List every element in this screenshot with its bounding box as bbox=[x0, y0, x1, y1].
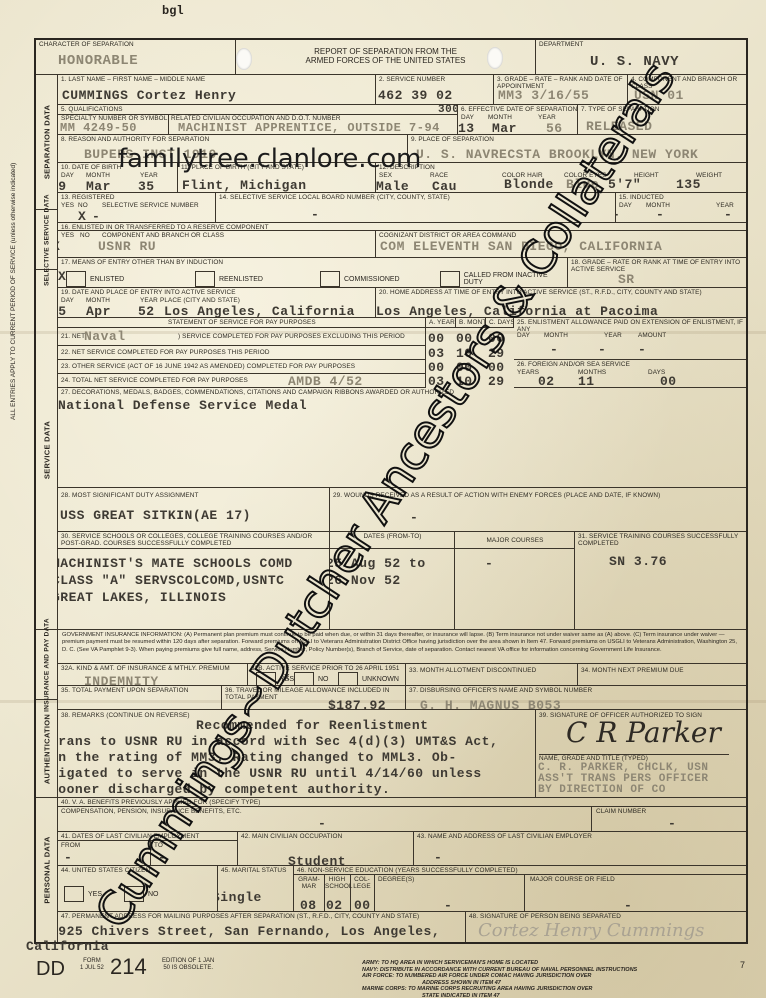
address-line: California bbox=[26, 939, 109, 954]
field-20-home-address: 20. HOME ADDRESS AT TIME OF ENTRY INTO A… bbox=[376, 288, 746, 318]
field-label: 16. ENLISTED IN OR TRANSFERRED TO A RESE… bbox=[61, 224, 269, 231]
field-25-enlistment-allowance: 25. ENLISTMENT ALLOWANCE PAID ON EXTENSI… bbox=[514, 318, 746, 360]
field-label: 33. MONTH ALLOTMENT DISCONTINUED bbox=[409, 667, 536, 674]
edition-line: 50 IS OBSOLETE. bbox=[162, 965, 214, 972]
sex-value: Male bbox=[376, 179, 409, 193]
marital-value: Single bbox=[218, 890, 262, 905]
grade-value: MM3 3/16/55 bbox=[498, 88, 589, 103]
field-label: 43. NAME AND ADDRESS OF LAST CIVILIAN EM… bbox=[417, 833, 592, 840]
wounds-value: - bbox=[410, 510, 418, 525]
form-label: FORM bbox=[80, 958, 104, 965]
field-label: DEGREE(S) bbox=[378, 876, 414, 883]
sea-years: 02 bbox=[538, 374, 555, 388]
field-23: 23. OTHER SERVICE (Act of 16 June 1942 a… bbox=[58, 360, 426, 374]
form-prefix: DD bbox=[36, 958, 65, 981]
field-5-qualifications: 5. QUALIFICATIONS 300 SPECIALTY NUMBER O… bbox=[58, 105, 458, 135]
field-label: 17. MEANS OF ENTRY OTHER THAN BY INDUCTI… bbox=[61, 259, 223, 266]
field-22: 22. NET SERVICE COMPLETED FOR PAY PURPOS… bbox=[58, 346, 426, 360]
field-label: YEAR bbox=[538, 114, 556, 121]
remarks-line: in the rating of MM3. Rating changed to … bbox=[58, 750, 457, 765]
field-label: CLAIM NUMBER bbox=[596, 808, 646, 815]
field-label: 25. ENLISTMENT ALLOWANCE PAID ON EXTENSI… bbox=[517, 319, 745, 333]
character-of-separation: CHARACTER OF SEPARATION HONORABLE bbox=[36, 40, 236, 75]
section-authentication: AUTHENTICATION bbox=[36, 700, 58, 798]
grade-entry-value: SR bbox=[618, 272, 635, 287]
field-label: 18. GRADE – RATE OR RANK AT TIME OF ENTR… bbox=[571, 259, 743, 273]
field-38-remarks: 38. REMARKS (Continue on reverse) Recomm… bbox=[58, 710, 536, 798]
field-label: 14. SELECTIVE SERVICE LOCAL BOARD NUMBER… bbox=[219, 194, 450, 201]
field-6-effective-date: 6. EFFECTIVE DATE OF SEPARATION DAY MONT… bbox=[458, 105, 578, 135]
dob-year: 35 bbox=[138, 179, 155, 193]
occupation-value: Student bbox=[288, 854, 346, 866]
character-value: HONORABLE bbox=[58, 53, 138, 69]
page-number: 7 bbox=[740, 960, 745, 970]
section-separation-data: SEPARATION DATA bbox=[36, 75, 58, 210]
field-label: 15. INDUCTED bbox=[619, 194, 664, 201]
separatee-signature: Cortez Henry Cummings bbox=[478, 920, 704, 941]
branch-value: Naval bbox=[84, 329, 126, 344]
field-label: DAY bbox=[619, 202, 632, 209]
statement-header: STATEMENT OF SERVICE FOR PAY PURPOSES bbox=[58, 318, 426, 328]
field-label: COMPONENT AND BRANCH OR CLASS bbox=[102, 232, 224, 239]
field-label: YEARS bbox=[517, 369, 539, 376]
field-label: HIGH SCHOOL bbox=[325, 876, 349, 890]
sea-days: 00 bbox=[660, 374, 677, 388]
field-33: 33. MONTH ALLOTMENT DISCONTINUED bbox=[406, 664, 578, 686]
form-date-value: 1 JUL 52 bbox=[80, 965, 104, 972]
field-label: 6. EFFECTIVE DATE OF SEPARATION bbox=[461, 106, 577, 113]
field-label: 26. FOREIGN AND/OR SEA SERVICE bbox=[517, 361, 630, 368]
form-date: FORM 1 JUL 52 bbox=[80, 958, 104, 972]
place-of-separation-value: U. S. NAVRECSTA BROOKLYN, NEW YORK bbox=[416, 147, 698, 162]
field-31-training: 31. SERVICE TRAINING COURSES SUCCESSFULL… bbox=[575, 532, 746, 630]
field-label: 31. SERVICE TRAINING COURSES SUCCESSFULL… bbox=[578, 533, 744, 547]
field-label: AMOUNT bbox=[638, 332, 666, 339]
field-label: 13. REGISTERED bbox=[61, 194, 115, 201]
side-note: ALL ENTRIES APPLY TO CURRENT PERIOD OF S… bbox=[10, 20, 17, 420]
allowance-year: - bbox=[598, 342, 606, 357]
registered-mark: X bbox=[78, 209, 86, 223]
section-service-data: SERVICE DATA bbox=[36, 270, 58, 630]
field-label: STATEMENT OF SERVICE FOR PAY PURPOSES bbox=[168, 319, 316, 326]
section-personal-data: PERSONAL DATA bbox=[36, 798, 58, 942]
field-21: 21. NET Naval ) SERVICE COMPLETED FOR PA… bbox=[58, 328, 426, 346]
section-label: PERSONAL DATA bbox=[42, 836, 51, 903]
field-label: 2. SERVICE NUMBER bbox=[379, 76, 445, 83]
field-label: 24. TOTAL NET SERVICE COMPLETED FOR PAY … bbox=[61, 377, 248, 384]
field-45-marital: 45. MARITAL STATUS Single bbox=[218, 866, 294, 912]
field-label: 37. DISBURSING OFFICER'S NAME AND SYMBOL… bbox=[409, 687, 592, 694]
sea-months: 11 bbox=[578, 374, 595, 388]
field-label: 38. REMARKS (Continue on reverse) bbox=[61, 712, 190, 719]
inducted-month: - bbox=[656, 207, 664, 222]
field-label: 48. SIGNATURE OF PERSON BEING SEPARATED bbox=[469, 913, 621, 920]
field-label: 22. NET SERVICE COMPLETED FOR PAY PURPOS… bbox=[61, 349, 270, 356]
option-label: ENLISTED bbox=[90, 276, 124, 283]
field-label: 23. OTHER SERVICE (Act of 16 June 1942 a… bbox=[61, 363, 355, 370]
field-label: 19. DATE AND PLACE OF ENTRY INTO ACTIVE … bbox=[61, 289, 236, 296]
option-label: UNKNOWN bbox=[362, 676, 399, 683]
edition-line: EDITION OF 1 JAN bbox=[162, 958, 214, 965]
field-15-inducted: 15. INDUCTED DAY MONTH YEAR - - - bbox=[616, 193, 746, 223]
field-48-signature: 48. SIGNATURE OF PERSON BEING SEPARATED … bbox=[466, 912, 746, 942]
entry-month: Apr bbox=[86, 304, 111, 318]
field-label: FROM bbox=[61, 842, 80, 849]
field-label: 1. LAST NAME – FIRST NAME – MIDDLE NAME bbox=[61, 76, 205, 83]
field-label: 21. NET bbox=[61, 333, 85, 340]
form-number: 214 bbox=[110, 954, 147, 980]
college-years: 00 bbox=[354, 898, 371, 912]
reserve-mark: X bbox=[58, 239, 60, 254]
field-label: 27. DECORATIONS, MEDALS, BADGES, COMMEND… bbox=[61, 389, 454, 396]
field-label: YES bbox=[61, 232, 74, 239]
section-label: SERVICE DATA bbox=[42, 420, 51, 478]
section-label: AUTHENTICATION bbox=[42, 713, 51, 783]
field-19-entry: 19. DATE AND PLACE OF ENTRY INTO ACTIVE … bbox=[58, 288, 376, 318]
inducted-day: - bbox=[616, 207, 620, 222]
employer-value: - bbox=[434, 850, 442, 865]
field-label: MONTH bbox=[86, 297, 110, 304]
service-number-value: 462 39 02 bbox=[378, 88, 453, 103]
field-label: YES bbox=[61, 202, 74, 209]
va-benefits-value: - bbox=[318, 816, 326, 831]
field-label: DEPARTMENT bbox=[539, 41, 583, 48]
employment-from: - bbox=[64, 850, 72, 865]
field-34: 34. MONTH NEXT PREMIUM DUE bbox=[578, 664, 746, 686]
form-title: REPORT OF SEPARATION FROM THE ARMED FORC… bbox=[236, 40, 536, 75]
grammar-years: 08 bbox=[300, 898, 317, 912]
field-label: 10. DATE OF BIRTH bbox=[61, 164, 121, 171]
duty-assignment-value: USS GREAT SITKIN(AE 17) bbox=[60, 508, 251, 523]
related-occupation-value: MACHINIST APPRENTICE, OUTSIDE 7-94 bbox=[178, 121, 440, 135]
travel-allowance-value: $187.92 bbox=[328, 698, 386, 710]
separation-day: 13 bbox=[458, 121, 475, 135]
field-1-name: 1. LAST NAME – FIRST NAME – MIDDLE NAME … bbox=[58, 75, 376, 105]
field-label: 28. MOST SIGNIFICANT DUTY ASSIGNMENT bbox=[61, 492, 198, 499]
checkbox-unknown[interactable]: UNKNOWN bbox=[338, 672, 399, 686]
field-label: 30. SERVICE SCHOOLS OR COLLEGES, COLLEGE… bbox=[61, 533, 329, 547]
officer-name-line: BY DIRECTION OF CO bbox=[538, 784, 666, 796]
training-value: SN 3.76 bbox=[609, 554, 667, 569]
entry-place: Los Angeles, California bbox=[164, 304, 355, 318]
field-24: 24. TOTAL NET SERVICE COMPLETED FOR PAY … bbox=[58, 374, 426, 388]
field-label: NO bbox=[78, 202, 88, 209]
field-35: 35. TOTAL PAYMENT UPON SEPARATION bbox=[58, 686, 222, 710]
field-label: SELECTIVE SERVICE NUMBER bbox=[102, 202, 199, 209]
checkbox-enlisted[interactable]: ENLISTED bbox=[66, 271, 124, 287]
field-13-registered: 13. REGISTERED YES NO SELECTIVE SERVICE … bbox=[58, 193, 216, 223]
title-line: ARMED FORCES OF THE UNITED STATES bbox=[236, 56, 535, 65]
decorations-value: National Defense Service Medal bbox=[58, 398, 307, 413]
col-years: A. YEARS bbox=[426, 318, 456, 328]
ssn-value: - bbox=[92, 209, 100, 223]
insurance-information: GOVERNMENT INSURANCE INFORMATION: (A) Pe… bbox=[58, 630, 746, 664]
field-32a: 32A. KIND & AMT. OF INSURANCE & MTHLY. P… bbox=[58, 664, 248, 686]
field-label: COL-LEGE bbox=[351, 876, 373, 890]
section-label: SEPARATION DATA bbox=[42, 105, 51, 179]
field-label: YEAR bbox=[140, 297, 158, 304]
field-16-component: YES NO COMPONENT AND BRANCH OR CLASS X U… bbox=[58, 231, 376, 258]
field-label: 32A. KIND & AMT. OF INSURANCE & MTHLY. P… bbox=[61, 665, 230, 672]
field-18-grade-at-entry: 18. GRADE – RATE OR RANK AT TIME OF ENTR… bbox=[568, 258, 746, 288]
field-42-occupation: 42. MAIN CIVILIAN OCCUPATION Student bbox=[238, 832, 414, 866]
inducted-year: - bbox=[724, 207, 732, 222]
checkbox-commissioned[interactable]: COMMISSIONED bbox=[320, 271, 400, 287]
section-label: INSURANCE AND PAY DATA bbox=[43, 618, 50, 712]
officer-signature: C R Parker bbox=[566, 716, 721, 749]
remarks-line: ligated to serve in the USNR RU until 4/… bbox=[58, 766, 482, 781]
entry-day: 15 bbox=[58, 304, 67, 318]
field-label: MONTH bbox=[544, 332, 568, 339]
allowance-month: - bbox=[550, 342, 558, 357]
field-label: CHARACTER OF SEPARATION bbox=[39, 41, 134, 48]
insurance-kind-value: INDEMNITY bbox=[84, 674, 159, 686]
field-label: 34. MONTH NEXT PREMIUM DUE bbox=[581, 667, 684, 674]
section-insurance: INSURANCE AND PAY DATA bbox=[36, 630, 58, 700]
option-label: REENLISTED bbox=[219, 276, 263, 283]
school-line: MACHINIST'S MATE SCHOOLS COMD bbox=[58, 556, 293, 571]
field-label: RACE bbox=[430, 172, 448, 179]
distribution-instructions: ARMY: TO HQ AREA IN WHICH SERVICEMAN'S H… bbox=[362, 960, 637, 998]
dob-month: Mar bbox=[86, 179, 111, 193]
field-label: 35. TOTAL PAYMENT UPON SEPARATION bbox=[61, 687, 188, 694]
degree-value: - bbox=[444, 898, 452, 912]
checkbox-reenlisted[interactable]: REENLISTED bbox=[195, 271, 263, 287]
field-16-reserve: 16. ENLISTED IN OR TRANSFERRED TO A RESE… bbox=[58, 223, 746, 231]
watermark-site: familytree.clanlore.com bbox=[118, 144, 421, 174]
weight-value: 135 bbox=[676, 177, 701, 192]
claim-number-value: - bbox=[668, 816, 676, 831]
field-label: 46. NON-SERVICE EDUCATION (Years success… bbox=[297, 867, 518, 874]
option-label: COMMISSIONED bbox=[344, 276, 400, 283]
field-label: DAY bbox=[61, 172, 74, 179]
hair-value: Blonde bbox=[504, 177, 554, 192]
f21-years: 00 bbox=[428, 331, 445, 346]
field-2-service-number: 2. SERVICE NUMBER 462 39 02 bbox=[376, 75, 494, 105]
field-label: YEAR bbox=[604, 332, 622, 339]
field-37: 37. DISBURSING OFFICER'S NAME AND SYMBOL… bbox=[406, 686, 746, 710]
field-label: ) SERVICE COMPLETED FOR PAY PURPOSES EXC… bbox=[178, 333, 405, 340]
field-label: DAY bbox=[61, 297, 74, 304]
field-label: 5. QUALIFICATIONS bbox=[61, 106, 123, 113]
edition-note: EDITION OF 1 JAN 50 IS OBSOLETE. bbox=[162, 958, 214, 972]
specialty-value: MM 4249-50 bbox=[60, 121, 137, 135]
insurance-info-text: GOVERNMENT INSURANCE INFORMATION: (A) Pe… bbox=[62, 632, 742, 654]
allowance-amount: - bbox=[638, 342, 646, 357]
component-value: USNR RU bbox=[98, 239, 156, 254]
amended-note: AMDB 4/52 bbox=[288, 374, 363, 388]
dist-line: STATE INDICATED IN ITEM 47 bbox=[362, 993, 637, 998]
high-school-years: 02 bbox=[326, 898, 343, 912]
race-value: Cau bbox=[432, 179, 457, 193]
field-label: NAME, GRADE AND TITLE (Typed) bbox=[539, 754, 729, 762]
name-value: CUMMINGS Cortez Henry bbox=[62, 88, 236, 103]
major-courses-value: - bbox=[485, 556, 493, 571]
field-label: 42. MAIN CIVILIAN OCCUPATION bbox=[241, 833, 342, 840]
field-label: PLACE (City and State) bbox=[160, 297, 240, 304]
section-selective-service: SELECTIVE SERVICE DATA bbox=[36, 210, 58, 270]
dob-day: 19 bbox=[58, 179, 67, 193]
field-39-officer: 39. SIGNATURE OF OFFICER AUTHORIZED TO S… bbox=[536, 710, 746, 798]
field-28-duty-assignment: 28. MOST SIGNIFICANT DUTY ASSIGNMENT USS… bbox=[58, 488, 330, 532]
remarks-line: Trans to USNR RU in accord with Sec 4(d)… bbox=[58, 734, 498, 749]
field-26-sea-service: 26. FOREIGN AND/OR SEA SERVICE YEARS MON… bbox=[514, 360, 746, 388]
separation-month: Mar bbox=[492, 121, 517, 135]
field-label: MAJOR COURSES bbox=[455, 537, 575, 544]
field-label: MONTH bbox=[488, 114, 512, 121]
disbursing-officer-value: G. H. MAGNUS B053 bbox=[420, 698, 561, 710]
field-46-education: 46. NON-SERVICE EDUCATION (Years success… bbox=[294, 866, 746, 912]
title-line: REPORT OF SEPARATION FROM THE bbox=[236, 47, 535, 56]
option-label: NO bbox=[318, 676, 329, 683]
handwritten-annotation: bgl bbox=[162, 4, 184, 18]
field-label: COGNIZANT DISTRICT OR AREA COMMAND bbox=[379, 232, 516, 239]
field-label: NO bbox=[80, 232, 90, 239]
school-line: CLASS "A" SERVSCOLCOMD,USNTC bbox=[58, 573, 284, 588]
birthplace-value: Flint, Michigan bbox=[182, 178, 307, 193]
field-43-employer: 43. NAME AND ADDRESS OF LAST CIVILIAN EM… bbox=[414, 832, 746, 866]
school-line: GREAT LAKES, ILLINOIS bbox=[58, 590, 226, 605]
field-label: MONTH bbox=[86, 172, 110, 179]
field-label: A. YEARS bbox=[429, 319, 456, 326]
field-label: 9. PLACE OF SEPARATION bbox=[411, 136, 494, 143]
field-30-major: MAJOR COURSES - bbox=[455, 532, 575, 630]
field-label: 8. REASON AND AUTHORITY FOR SEPARATION bbox=[61, 136, 209, 143]
local-board-value: - bbox=[311, 207, 319, 222]
field-label: MAJOR COURSE OR FIELD bbox=[530, 876, 615, 883]
field-label: 45. MARITAL STATUS bbox=[221, 867, 286, 874]
entry-year: 52 bbox=[138, 304, 155, 318]
field-label: DAY bbox=[461, 114, 474, 121]
separation-year: 56 bbox=[546, 121, 563, 135]
major-field-value: - bbox=[624, 898, 632, 912]
field-label: GRAM-MAR bbox=[296, 876, 322, 890]
